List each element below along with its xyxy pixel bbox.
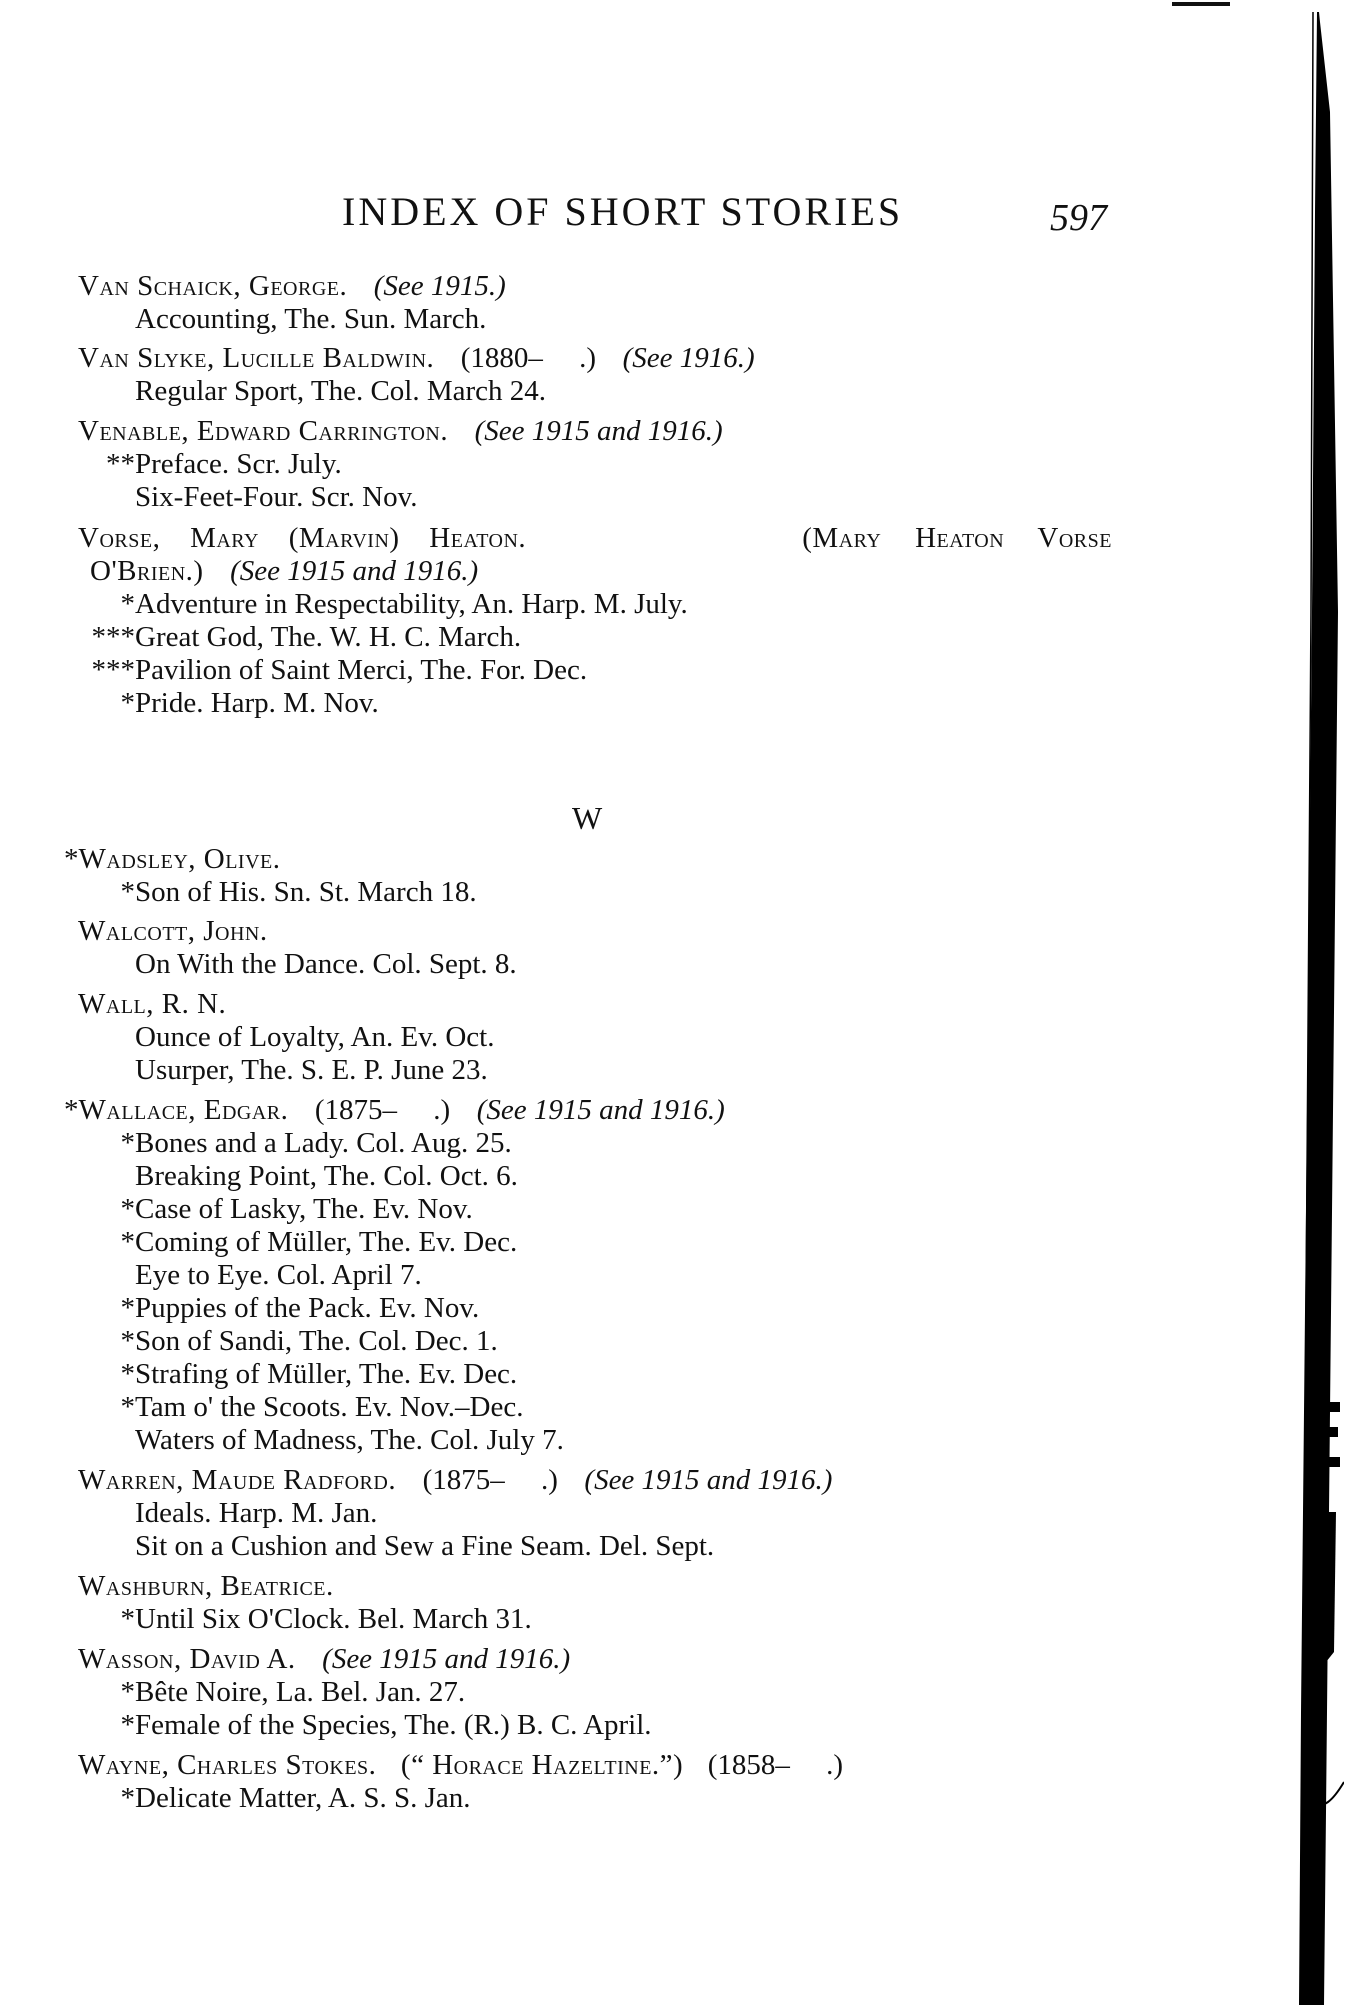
index-entry-author: Vorse, Mary (Marvin) Heaton. (Mary Heato… <box>78 522 1112 555</box>
story-item: *Strafing of Müller, The. Ev. Dec. <box>135 1358 517 1391</box>
story-text: Pride. Harp. M. Nov. <box>135 687 379 719</box>
rating-stars: * <box>121 1603 136 1636</box>
story-item: *Pride. Harp. M. Nov. <box>135 687 379 720</box>
story-text: Until Six O'Clock. Bel. March 31. <box>135 1603 532 1635</box>
author-dates: (1875– .) <box>423 1464 558 1496</box>
story-text: Ounce of Loyalty, An. Ev. Oct. <box>135 1021 494 1053</box>
story-item: *Coming of Müller, The. Ev. Dec. <box>135 1226 517 1259</box>
see-note: (See 1915 and 1916.) <box>477 1094 725 1126</box>
rating-stars: * <box>121 1676 136 1709</box>
rating-stars: *** <box>92 654 136 687</box>
author-name: Wasson, David A. <box>78 1643 296 1675</box>
index-entry-author: Walcott, John. <box>78 915 268 948</box>
rating-stars: * <box>121 588 136 621</box>
rating-stars: * <box>121 1782 136 1815</box>
story-text: Pavilion of Saint Merci, The. For. Dec. <box>135 654 587 686</box>
rating-stars: * <box>121 1292 136 1325</box>
story-text: Coming of Müller, The. Ev. Dec. <box>135 1226 517 1258</box>
story-item: *Tam o' the Scoots. Ev. Nov.–Dec. <box>135 1391 523 1424</box>
rating-stars: ** <box>106 448 135 481</box>
author-name: Wayne, Charles Stokes. <box>78 1749 376 1781</box>
index-entry-author: Warren, Maude Radford. (1875– .) (See 19… <box>78 1464 832 1497</box>
running-head-title: INDEX OF SHORT STORIES <box>342 188 903 235</box>
see-note: (See 1916.) <box>623 342 755 374</box>
section-letter-heading: W <box>572 800 602 837</box>
story-item: *Bones and a Lady. Col. Aug. 25. <box>135 1127 512 1160</box>
author-name: Wallace, Edgar. <box>79 1094 289 1126</box>
story-text: Adventure in Respectability, An. Harp. M… <box>135 588 688 620</box>
story-item: *Puppies of the Pack. Ev. Nov. <box>135 1292 479 1325</box>
story-item: ***Pavilion of Saint Merci, The. For. De… <box>135 654 587 687</box>
index-entry-author: Washburn, Beatrice. <box>78 1570 334 1603</box>
story-item: *Son of His. Sn. St. March 18. <box>135 876 477 909</box>
story-item: **Preface. Scr. July. <box>135 448 342 481</box>
story-text: Son of Sandi, The. Col. Dec. 1. <box>135 1325 498 1357</box>
see-note: (See 1915.) <box>374 270 506 302</box>
author-dates: (1875– .) <box>315 1094 450 1126</box>
rating-stars: * <box>121 1391 136 1424</box>
index-entry-author: Venable, Edward Carrington. (See 1915 an… <box>78 415 723 448</box>
book-page: INDEX OF SHORT STORIES 597 Van Schaick, … <box>0 0 1368 2005</box>
story-text: Breaking Point, The. Col. Oct. 6. <box>135 1160 518 1192</box>
see-note: (See 1915 and 1916.) <box>230 555 478 587</box>
rating-stars: * <box>64 1094 79 1126</box>
story-item: *Case of Lasky, The. Ev. Nov. <box>135 1193 473 1226</box>
rating-stars: * <box>121 1193 136 1226</box>
story-text: Tam o' the Scoots. Ev. Nov.–Dec. <box>135 1391 523 1423</box>
story-text: Delicate Matter, A. S. S. Jan. <box>135 1782 471 1814</box>
author-name: Van Schaick, George. <box>78 270 347 302</box>
story-item: Ounce of Loyalty, An. Ev. Oct. <box>135 1021 494 1054</box>
story-item: Accounting, The. Sun. March. <box>135 303 486 336</box>
author-alias: (Mary Heaton Vorse <box>802 522 1112 555</box>
story-text: Regular Sport, The. Col. March 24. <box>135 375 546 407</box>
story-text: On With the Dance. Col. Sept. 8. <box>135 948 517 980</box>
story-item: Six-Feet-Four. Scr. Nov. <box>135 481 417 514</box>
story-text: Bones and a Lady. Col. Aug. 25. <box>135 1127 512 1159</box>
scan-mark <box>1172 2 1230 6</box>
see-note: (See 1915 and 1916.) <box>322 1643 570 1675</box>
rating-stars: * <box>121 687 136 720</box>
story-item: Eye to Eye. Col. April 7. <box>135 1259 422 1292</box>
rating-stars: * <box>121 876 136 909</box>
author-alias: (“ Horace Hazeltine.”) <box>401 1749 683 1781</box>
story-item: *Female of the Species, The. (R.) B. C. … <box>135 1709 652 1742</box>
story-item: Ideals. Harp. M. Jan. <box>135 1497 377 1530</box>
rating-stars: * <box>121 1226 136 1259</box>
rating-stars: * <box>121 1127 136 1160</box>
story-text: Strafing of Müller, The. Ev. Dec. <box>135 1358 517 1390</box>
author-dates: (1880– .) <box>461 342 596 374</box>
story-item: *Delicate Matter, A. S. S. Jan. <box>135 1782 471 1815</box>
author-name: Walcott, John. <box>78 915 268 947</box>
rating-stars: * <box>121 1325 136 1358</box>
story-text: Puppies of the Pack. Ev. Nov. <box>135 1292 479 1324</box>
story-item: On With the Dance. Col. Sept. 8. <box>135 948 517 981</box>
index-entry-author: Wall, R. N. <box>78 988 226 1021</box>
story-text: Preface. Scr. July. <box>135 448 342 480</box>
rating-stars: * <box>64 843 79 875</box>
story-text: Eye to Eye. Col. April 7. <box>135 1259 422 1291</box>
story-text: Waters of Madness, The. Col. July 7. <box>135 1424 564 1456</box>
index-entry-author: Wayne, Charles Stokes. (“ Horace Hazelti… <box>78 1749 843 1782</box>
story-text: Sit on a Cushion and Sew a Fine Seam. De… <box>135 1530 714 1562</box>
author-dates: (1858– .) <box>708 1749 843 1781</box>
author-alias: O'Brien.) <box>90 555 204 587</box>
story-item: Usurper, The. S. E. P. June 23. <box>135 1054 488 1087</box>
story-text: Usurper, The. S. E. P. June 23. <box>135 1054 488 1086</box>
story-item: *Until Six O'Clock. Bel. March 31. <box>135 1603 532 1636</box>
story-item: *Bête Noire, La. Bel. Jan. 27. <box>135 1676 465 1709</box>
index-entry-author: *Wallace, Edgar. (1875– .) (See 1915 and… <box>64 1094 725 1127</box>
story-text: Accounting, The. Sun. March. <box>135 303 486 335</box>
index-entry-author-continued: O'Brien.) (See 1915 and 1916.) <box>90 555 478 588</box>
author-name: Washburn, Beatrice. <box>78 1570 334 1602</box>
rating-stars: *** <box>92 621 136 654</box>
rating-stars: * <box>121 1358 136 1391</box>
story-text: Great God, The. W. H. C. March. <box>135 621 521 653</box>
story-item: *Son of Sandi, The. Col. Dec. 1. <box>135 1325 498 1358</box>
index-entry-author: Van Slyke, Lucille Baldwin. (1880– .) (S… <box>78 342 755 375</box>
author-name: Van Slyke, Lucille Baldwin. <box>78 342 434 374</box>
story-item: Sit on a Cushion and Sew a Fine Seam. De… <box>135 1530 714 1563</box>
index-entry-author: *Wadsley, Olive. <box>64 843 281 876</box>
author-name: Venable, Edward Carrington. <box>78 415 448 447</box>
story-text: Son of His. Sn. St. March 18. <box>135 876 477 908</box>
page-edge-binding <box>1296 12 1344 2005</box>
story-text: Female of the Species, The. (R.) B. C. A… <box>135 1709 652 1741</box>
story-text: Six-Feet-Four. Scr. Nov. <box>135 481 417 513</box>
story-item: ***Great God, The. W. H. C. March. <box>135 621 521 654</box>
see-note: (See 1915 and 1916.) <box>475 415 723 447</box>
index-entry-author: Wasson, David A. (See 1915 and 1916.) <box>78 1643 570 1676</box>
story-text: Ideals. Harp. M. Jan. <box>135 1497 377 1529</box>
story-text: Bête Noire, La. Bel. Jan. 27. <box>135 1676 465 1708</box>
rating-stars: * <box>121 1709 136 1742</box>
page-number: 597 <box>1050 196 1107 240</box>
author-name: Warren, Maude Radford. <box>78 1464 396 1496</box>
author-name: Vorse, Mary (Marvin) Heaton. <box>78 522 526 555</box>
see-note: (See 1915 and 1916.) <box>584 1464 832 1496</box>
story-item: Breaking Point, The. Col. Oct. 6. <box>135 1160 518 1193</box>
story-text: Case of Lasky, The. Ev. Nov. <box>135 1193 473 1225</box>
story-item: *Adventure in Respectability, An. Harp. … <box>135 588 688 621</box>
story-item: Regular Sport, The. Col. March 24. <box>135 375 546 408</box>
story-item: Waters of Madness, The. Col. July 7. <box>135 1424 564 1457</box>
author-name: Wadsley, Olive. <box>79 843 281 875</box>
index-entry-author: Van Schaick, George. (See 1915.) <box>78 270 506 303</box>
author-name: Wall, R. N. <box>78 988 226 1020</box>
